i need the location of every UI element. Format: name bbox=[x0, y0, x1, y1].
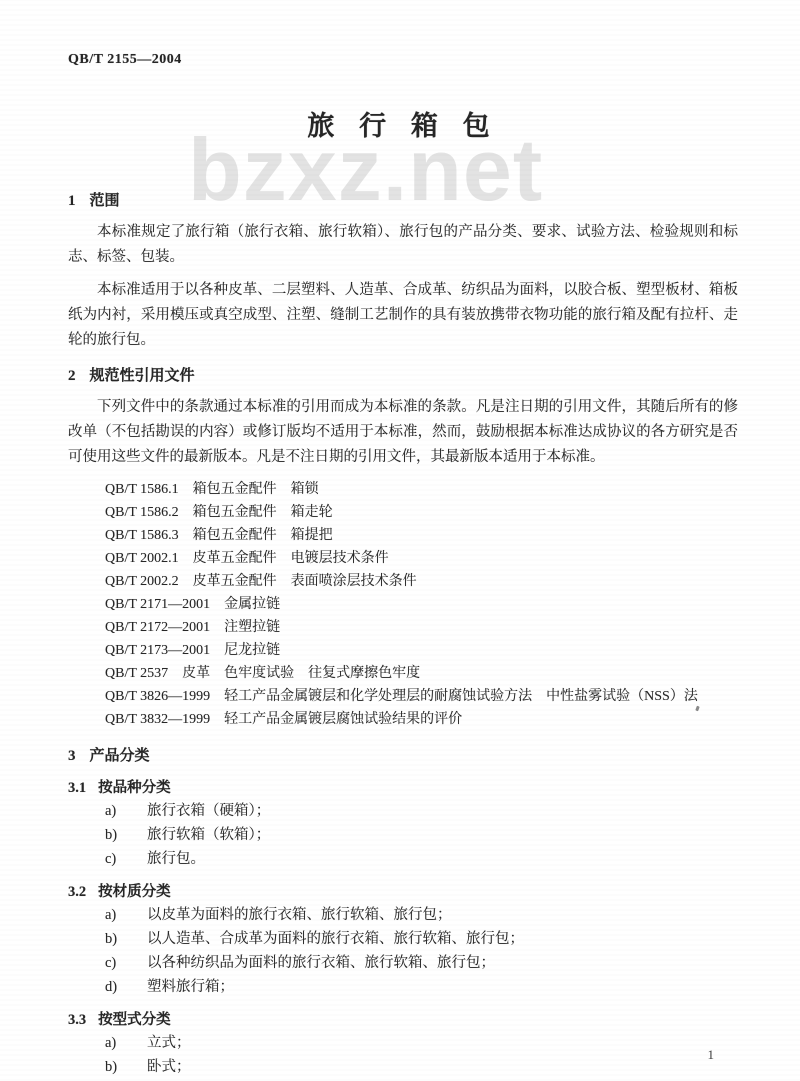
subsection-number: 3.2 bbox=[68, 884, 86, 900]
list-item: c)旅行包。 bbox=[105, 847, 738, 871]
document-title: 旅 行 箱 包 bbox=[68, 108, 738, 144]
reference-title: 轻工产品金属镀层和化学处理层的耐腐蚀试验方法 中性盐雾试验（NSS）法 bbox=[224, 689, 698, 704]
list-item-label: b) bbox=[105, 1055, 147, 1079]
reference-item: QB/T 2171—2001金属拉链 bbox=[105, 593, 738, 616]
reference-code: QB/T 2171—2001 bbox=[105, 597, 210, 612]
subsection-title: 按材质分类 bbox=[98, 884, 171, 900]
subsection-number: 3.3 bbox=[68, 1012, 86, 1028]
section-scope: 1范围 本标准规定了旅行箱（旅行衣箱、旅行软箱）、旅行包的产品分类、要求、试验方… bbox=[68, 190, 738, 353]
classification-heading-title: 产品分类 bbox=[90, 748, 150, 764]
list-item-label: c) bbox=[105, 847, 147, 871]
reference-code: QB/T 2173—2001 bbox=[105, 643, 210, 658]
list-item: b)旅行软箱（软箱）； bbox=[105, 823, 738, 847]
list-item-label: b) bbox=[105, 823, 147, 847]
reference-code: QB/T 2172—2001 bbox=[105, 620, 210, 635]
reference-title: 箱包五金配件 箱锁 bbox=[193, 482, 319, 497]
scope-heading: 1范围 bbox=[68, 190, 738, 212]
reference-item: QB/T 2172—2001注塑拉链 bbox=[105, 616, 738, 639]
reference-item: QB/T 1586.3箱包五金配件 箱提把 bbox=[105, 524, 738, 547]
reference-title: 皮革五金配件 表面喷涂层技术条件 bbox=[193, 574, 417, 589]
list-item: a)以皮革为面料的旅行衣箱、旅行软箱、旅行包； bbox=[105, 903, 738, 927]
reference-code: QB/T 1586.3 bbox=[105, 528, 179, 543]
reference-title: 箱包五金配件 箱走轮 bbox=[193, 505, 333, 520]
reference-title: 金属拉链 bbox=[224, 597, 280, 612]
list-item-text: 以各种纺织品为面料的旅行衣箱、旅行软箱、旅行包； bbox=[147, 955, 495, 971]
reference-item: QB/T 2002.1皮革五金配件 电镀层技术条件 bbox=[105, 547, 738, 570]
reference-item: QB/T 1586.1箱包五金配件 箱锁 bbox=[105, 478, 738, 501]
refs-paragraph: 下列文件中的条款通过本标准的引用而成为本标准的条款。凡是注日期的引用文件，其随后… bbox=[68, 395, 738, 470]
list-item: a)旅行衣箱（硬箱）； bbox=[105, 799, 738, 823]
reference-code: QB/T 1586.2 bbox=[105, 505, 179, 520]
by-material-list: a)以皮革为面料的旅行衣箱、旅行软箱、旅行包； b)以人造革、合成革为面料的旅行… bbox=[68, 903, 738, 999]
list-item-label: a) bbox=[105, 1031, 147, 1055]
list-item-label: c) bbox=[105, 951, 147, 975]
scope-heading-number: 1 bbox=[68, 193, 76, 209]
subsection-title: 按型式分类 bbox=[98, 1012, 171, 1028]
reference-code: QB/T 1586.1 bbox=[105, 482, 179, 497]
reference-title: 尼龙拉链 bbox=[224, 643, 280, 658]
list-item-text: 旅行衣箱（硬箱）； bbox=[147, 803, 270, 819]
refs-heading-number: 2 bbox=[68, 368, 76, 384]
reference-code: QB/T 2002.1 bbox=[105, 551, 179, 566]
scope-heading-title: 范围 bbox=[90, 193, 120, 209]
list-item: d)塑料旅行箱； bbox=[105, 975, 738, 999]
reference-title: 皮革 色牢度试验 往复式摩擦色牢度 bbox=[182, 666, 420, 681]
list-item-text: 塑料旅行箱； bbox=[147, 979, 234, 995]
list-item-label: a) bbox=[105, 799, 147, 823]
list-item-text: 旅行软箱（软箱）； bbox=[147, 827, 270, 843]
list-item-label: b) bbox=[105, 927, 147, 951]
subsection-title: 按品种分类 bbox=[98, 780, 171, 796]
reference-code: QB/T 3826—1999 bbox=[105, 689, 210, 704]
scope-paragraph-1: 本标准规定了旅行箱（旅行衣箱、旅行软箱）、旅行包的产品分类、要求、试验方法、检验… bbox=[68, 220, 738, 270]
by-style-list: a)立式； b)卧式； bbox=[68, 1031, 738, 1079]
classification-heading: 3产品分类 bbox=[68, 745, 738, 767]
section-normative-references: 2规范性引用文件 下列文件中的条款通过本标准的引用而成为本标准的条款。凡是注日期… bbox=[68, 365, 738, 731]
classification-heading-number: 3 bbox=[68, 748, 76, 764]
list-item: b)卧式； bbox=[105, 1055, 738, 1079]
subsection-by-variety-heading: 3.1按品种分类 bbox=[68, 777, 738, 799]
document-page: bzxz.net QB/T 2155—2004 旅 行 箱 包 1范围 本标准规… bbox=[0, 0, 800, 1081]
reference-code: QB/T 2002.2 bbox=[105, 574, 179, 589]
subsection-number: 3.1 bbox=[68, 780, 86, 796]
reference-title: 轻工产品金属镀层腐蚀试验结果的评价 bbox=[224, 712, 462, 727]
list-item-text: 旅行包。 bbox=[147, 851, 205, 867]
list-item-text: 卧式； bbox=[147, 1059, 191, 1075]
reference-item: QB/T 2173—2001尼龙拉链 bbox=[105, 639, 738, 662]
list-item: b)以人造革、合成革为面料的旅行衣箱、旅行软箱、旅行包； bbox=[105, 927, 738, 951]
reference-list: QB/T 1586.1箱包五金配件 箱锁 QB/T 1586.2箱包五金配件 箱… bbox=[68, 478, 738, 731]
reference-code: QB/T 3832—1999 bbox=[105, 712, 210, 727]
list-item: c)以各种纺织品为面料的旅行衣箱、旅行软箱、旅行包； bbox=[105, 951, 738, 975]
reference-item: QB/T 2002.2皮革五金配件 表面喷涂层技术条件 bbox=[105, 570, 738, 593]
list-item-text: 立式； bbox=[147, 1035, 191, 1051]
list-item-label: a) bbox=[105, 903, 147, 927]
subsection-by-style-heading: 3.3按型式分类 bbox=[68, 1009, 738, 1031]
reference-title: 注塑拉链 bbox=[224, 620, 280, 635]
list-item-text: 以人造革、合成革为面料的旅行衣箱、旅行软箱、旅行包； bbox=[147, 931, 524, 947]
by-variety-list: a)旅行衣箱（硬箱）； b)旅行软箱（软箱）； c)旅行包。 bbox=[68, 799, 738, 871]
list-item: a)立式； bbox=[105, 1031, 738, 1055]
list-item-label: d) bbox=[105, 975, 147, 999]
reference-item: QB/T 3826—1999轻工产品金属镀层和化学处理层的耐腐蚀试验方法 中性盐… bbox=[105, 685, 738, 708]
standard-code: QB/T 2155—2004 bbox=[68, 52, 738, 68]
reference-code: QB/T 2537 bbox=[105, 666, 168, 681]
list-item-text: 以皮革为面料的旅行衣箱、旅行软箱、旅行包； bbox=[147, 907, 452, 923]
subsection-by-material-heading: 3.2按材质分类 bbox=[68, 881, 738, 903]
reference-title: 箱包五金配件 箱提把 bbox=[193, 528, 333, 543]
reference-title: 皮革五金配件 电镀层技术条件 bbox=[193, 551, 389, 566]
reference-item: QB/T 2537皮革 色牢度试验 往复式摩擦色牢度 bbox=[105, 662, 738, 685]
section-classification: 3产品分类 3.1按品种分类 a)旅行衣箱（硬箱）； b)旅行软箱（软箱）； c… bbox=[68, 745, 738, 1079]
refs-heading: 2规范性引用文件 bbox=[68, 365, 738, 387]
refs-heading-title: 规范性引用文件 bbox=[90, 368, 195, 384]
reference-item: QB/T 1586.2箱包五金配件 箱走轮 bbox=[105, 501, 738, 524]
reference-item: QB/T 3832—1999轻工产品金属镀层腐蚀试验结果的评价 bbox=[105, 708, 738, 731]
scope-paragraph-2: 本标准适用于以各种皮革、二层塑料、人造革、合成革、纺织品为面料，以胶合板、塑型板… bbox=[68, 278, 738, 353]
